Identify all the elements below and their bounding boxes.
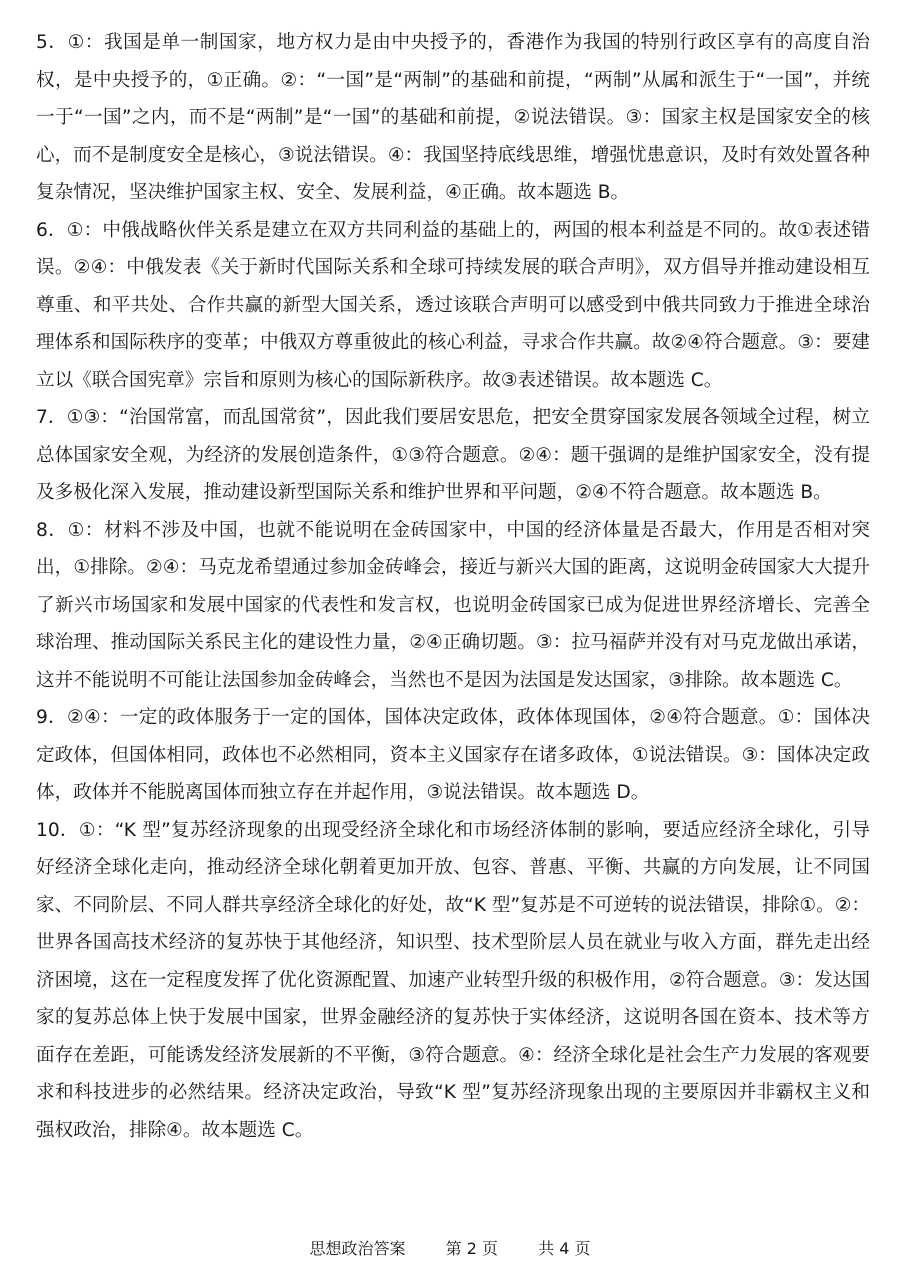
answer-paragraph-6: 6．①：中俄战略伙伴关系是建立在双方共同利益的基础上的，两国的根本利益是不同的。… bbox=[36, 212, 870, 400]
footer-total-pages: 共 4 页 bbox=[538, 1236, 590, 1259]
answer-paragraph-8: 8．①：材料不涉及中国，也就不能说明在金砖国家中，中国的经济体量是否最大，作用是… bbox=[36, 512, 870, 700]
footer-page-number: 第 2 页 bbox=[446, 1236, 498, 1259]
answer-paragraph-9: 9．②④：一定的政体服务于一定的国体，国体决定政体，政体体现国体，②④符合题意。… bbox=[36, 699, 870, 812]
answer-paragraph-7: 7．①③：“治国常富，而乱国常贫”，因此我们要居安思危，把安全贯穿国家发展各领域… bbox=[36, 399, 870, 512]
answer-paragraph-5: 5．①：我国是单一制国家，地方权力是由中央授予的，香港作为我国的特别行政区享有的… bbox=[36, 24, 870, 212]
answer-paragraph-10: 10．①：“K 型”复苏经济现象的出现受经济全球化和市场经济体制的影响，要适应经… bbox=[36, 812, 870, 1150]
answer-document: 5．①：我国是单一制国家，地方权力是由中央授予的，香港作为我国的特别行政区享有的… bbox=[36, 24, 870, 1149]
page-footer: 思想政治答案 第 2 页 共 4 页 bbox=[0, 1236, 900, 1259]
footer-subject: 思想政治答案 bbox=[309, 1236, 405, 1259]
